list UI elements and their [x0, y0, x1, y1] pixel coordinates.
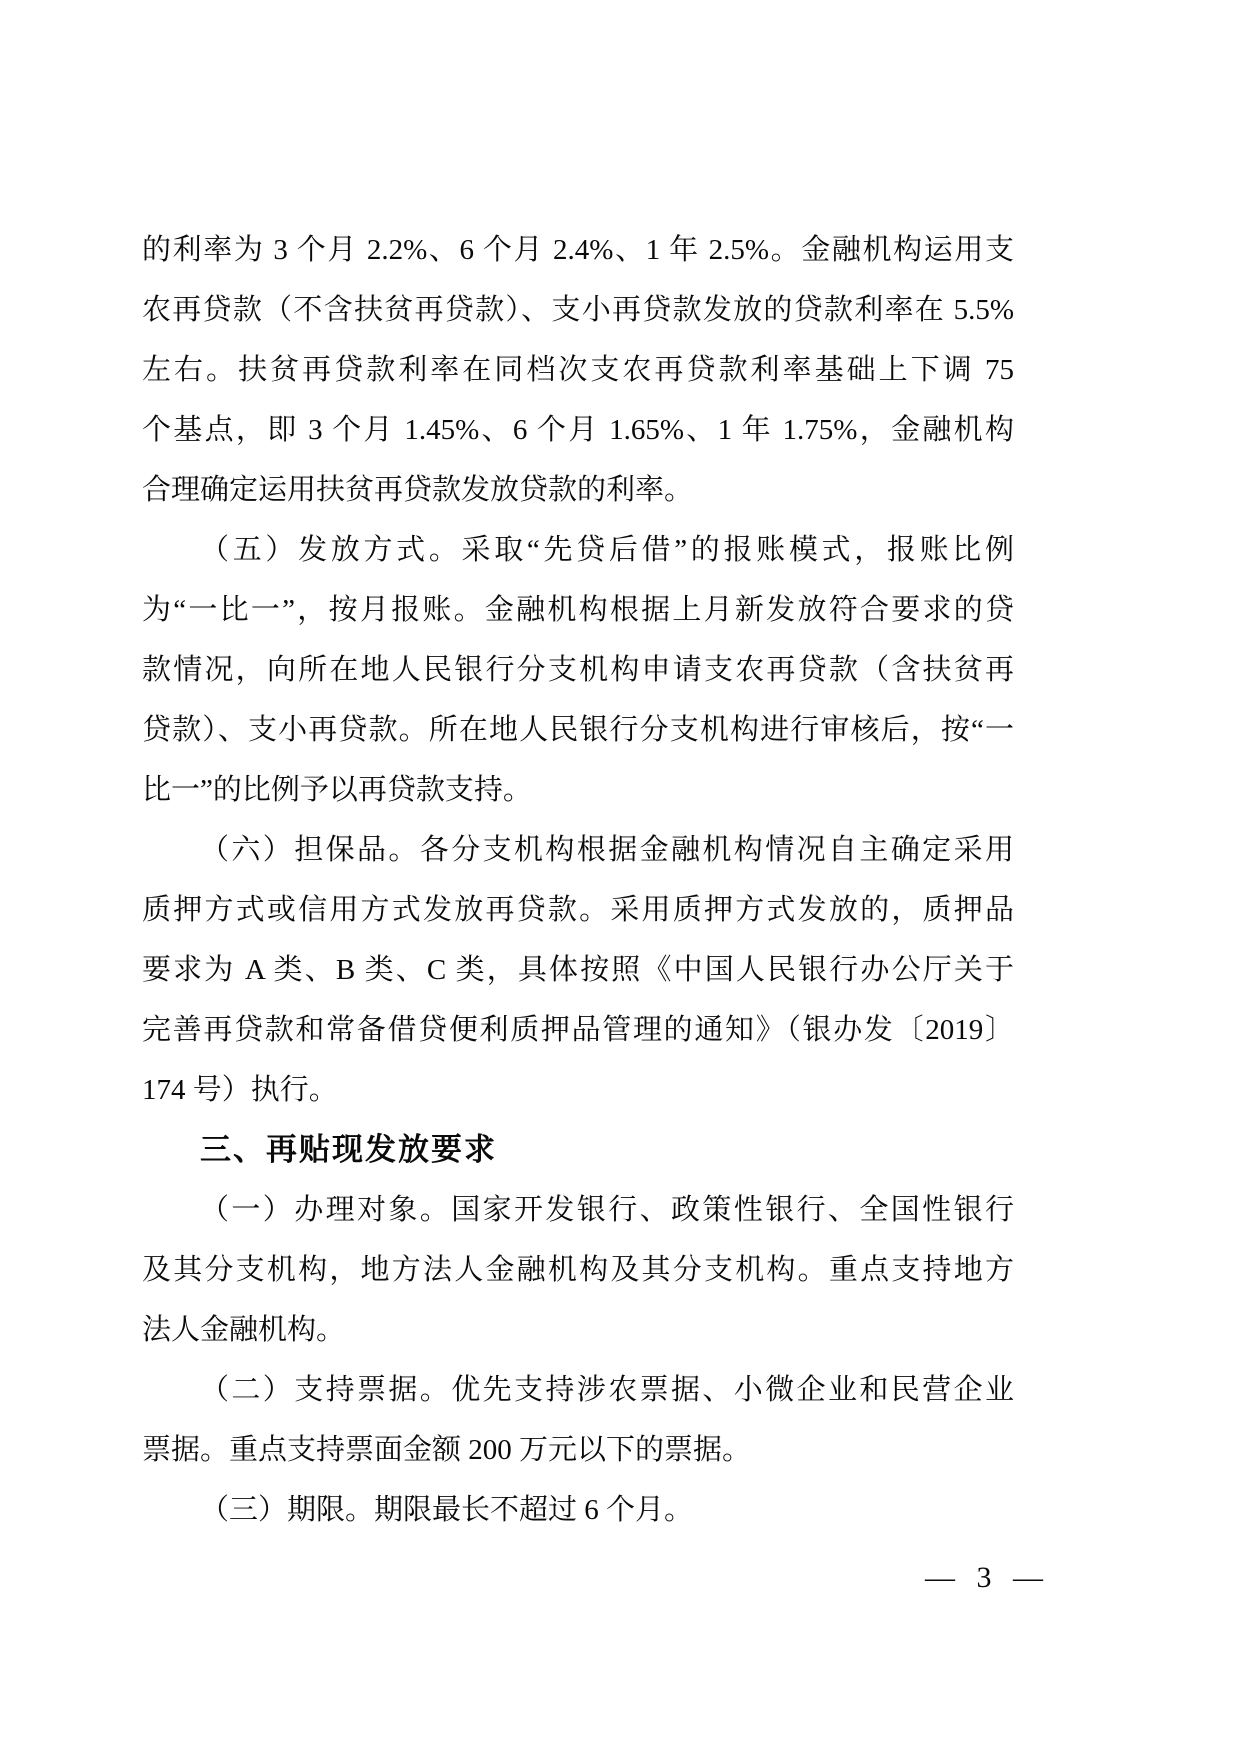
text-line: （三）期限。期限最长不超过 6 个月。	[142, 1480, 1014, 1540]
text-line: 款情况，向所在地人民银行分支机构申请支农再贷款（含扶贫再	[142, 640, 1014, 700]
text-line: 为“一比一”，按月报账。金融机构根据上月新发放符合要求的贷	[142, 580, 1014, 640]
text-line: 票据。重点支持票面金额 200 万元以下的票据。	[142, 1420, 1014, 1480]
text-line: 贷款）、支小再贷款。所在地人民银行分支机构进行审核后，按“一	[142, 700, 1014, 760]
document-paragraph: 的利率为 3 个月 2.2%、6 个月 2.4%、1 年 2.5%。金融机构运用…	[142, 220, 1014, 520]
text-line: 174 号）执行。	[142, 1060, 1014, 1120]
text-line: 完善再贷款和常备借贷便利质押品管理的通知》（银办发〔2019〕	[142, 1000, 1014, 1060]
text-line: （五）发放方式。采取“先贷后借”的报账模式，报账比例	[142, 520, 1014, 580]
document-section-heading-block: 三、再贴现发放要求	[142, 1120, 1014, 1180]
document-body: 的利率为 3 个月 2.2%、6 个月 2.4%、1 年 2.5%。金融机构运用…	[142, 220, 1014, 1540]
text-line: （二）支持票据。优先支持涉农票据、小微企业和民营企业	[142, 1360, 1014, 1420]
text-line: 的利率为 3 个月 2.2%、6 个月 2.4%、1 年 2.5%。金融机构运用…	[142, 220, 1014, 280]
text-line: 个基点，即 3 个月 1.45%、6 个月 1.65%、1 年 1.75%，金融…	[142, 400, 1014, 460]
text-line: 农再贷款（不含扶贫再贷款）、支小再贷款发放的贷款利率在 5.5%	[142, 280, 1014, 340]
text-line: 合理确定运用扶贫再贷款发放贷款的利率。	[142, 460, 1014, 520]
text-line: 法人金融机构。	[142, 1300, 1014, 1360]
document-paragraph: （六）担保品。各分支机构根据金融机构情况自主确定采用质押方式或信用方式发放再贷款…	[142, 820, 1014, 1120]
text-line: （六）担保品。各分支机构根据金融机构情况自主确定采用	[142, 820, 1014, 880]
text-line: 要求为 A 类、B 类、C 类，具体按照《中国人民银行办公厅关于	[142, 940, 1014, 1000]
text-line: 质押方式或信用方式发放再贷款。采用质押方式发放的，质押品	[142, 880, 1014, 940]
text-line: 及其分支机构，地方法人金融机构及其分支机构。重点支持地方	[142, 1240, 1014, 1300]
section-heading: 三、再贴现发放要求	[142, 1120, 1014, 1180]
document-page: 的利率为 3 个月 2.2%、6 个月 2.4%、1 年 2.5%。金融机构运用…	[0, 0, 1241, 1755]
text-line: 左右。扶贫再贷款利率在同档次支农再贷款利率基础上下调 75	[142, 340, 1014, 400]
text-line: 比一”的比例予以再贷款支持。	[142, 760, 1014, 820]
document-paragraph: （二）支持票据。优先支持涉农票据、小微企业和民营企业票据。重点支持票面金额 20…	[142, 1360, 1014, 1480]
document-paragraph: （一）办理对象。国家开发银行、政策性银行、全国性银行及其分支机构，地方法人金融机…	[142, 1180, 1014, 1360]
text-line: （一）办理对象。国家开发银行、政策性银行、全国性银行	[142, 1180, 1014, 1240]
document-paragraph: （三）期限。期限最长不超过 6 个月。	[142, 1480, 1014, 1540]
document-paragraph: （五）发放方式。采取“先贷后借”的报账模式，报账比例为“一比一”，按月报账。金融…	[142, 520, 1014, 820]
page-number: — 3 —	[925, 1556, 1043, 1600]
